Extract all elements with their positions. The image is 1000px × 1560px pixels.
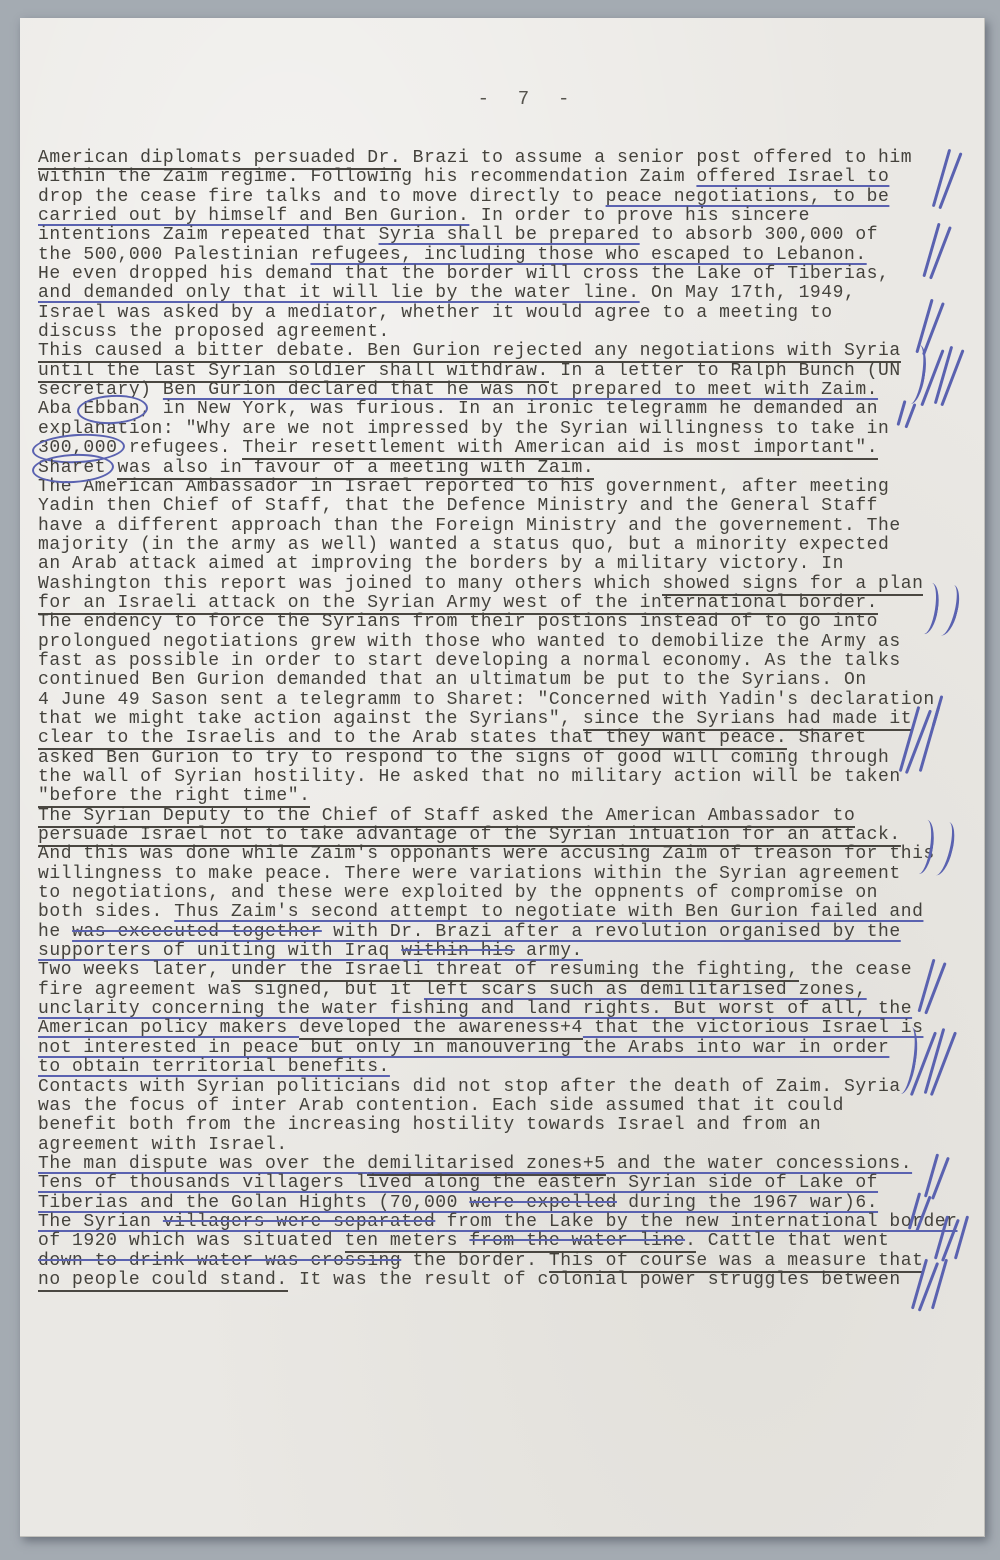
text-line: both sides. Thus Zaim's second attempt t… <box>38 903 977 922</box>
page-number: - 7 - <box>20 88 985 110</box>
text-segment: Yadin then Chief of Staff, that the Defe… <box>38 496 878 516</box>
text-line: continued Ben Gurion demanded that an ul… <box>38 671 977 690</box>
text-segment: was excecuted together <box>72 922 322 942</box>
text-segment: agreement with Israel. <box>38 1135 288 1155</box>
text-segment: In order to prove his sincere <box>469 206 810 226</box>
text-segment: majority (in the army as well) wanted a … <box>38 535 889 555</box>
text-line: supporters of uniting with Iraq within h… <box>38 942 977 961</box>
text-line: persuade Israel not to take advantage of… <box>38 826 977 845</box>
text-segment: Cattle that went <box>696 1231 889 1251</box>
text-line: to obtain territorial benefits. <box>38 1058 977 1077</box>
text-line: asked Ben Gurion to try to respond to th… <box>38 749 977 768</box>
text-line: And this was done while Zaim's opponants… <box>38 845 977 864</box>
text-line: drop the cease fire talks and to move di… <box>38 188 977 207</box>
text-line: prolongued negotiations grew with those … <box>38 633 977 652</box>
text-segment: Ben Gurion declared that he was not prep… <box>163 380 878 400</box>
text-segment: the cease <box>799 960 913 980</box>
text-segment: The American Ambassador in Israel report… <box>38 477 889 497</box>
text-segment: that we might take action against the Sy… <box>38 709 583 729</box>
text-line: not interested in peace but only in mano… <box>38 1039 977 1058</box>
text-segment: asked Ben Gurion to try to respond to th… <box>38 748 889 768</box>
text-segment: continued Ben Gurion demanded that an ul… <box>38 670 867 690</box>
text-segment: Aba <box>38 399 83 419</box>
text-segment: were expelled <box>469 1193 617 1213</box>
text-segment: willingness to make peace. There were va… <box>38 864 901 884</box>
text-line: intentions Zaim repeated that Syria shal… <box>38 226 977 245</box>
text-line: He even dropped his demand that the bord… <box>38 265 977 284</box>
text-segment: American policy makers <box>38 1018 299 1038</box>
text-segment: 4 June 49 Sason sent a telegramm to Shar… <box>38 690 935 710</box>
text-line: The American Ambassador in Israel report… <box>38 478 977 497</box>
text-line: have a different approach than the Forei… <box>38 517 977 536</box>
text-segment: secretary) <box>38 380 163 400</box>
text-segment: and the water concessions. <box>606 1154 913 1174</box>
text-line: "before the right time". <box>38 787 977 806</box>
text-segment: He even dropped his demand that the bord… <box>38 264 889 284</box>
text-segment: he <box>38 922 72 942</box>
text-segment: with Dr. Brazi <box>322 922 492 942</box>
text-line: Contacts with Syrian politicians did not… <box>38 1078 977 1097</box>
text-line: was the focus of inter Arab contention. … <box>38 1097 977 1116</box>
text-segment: both sides. <box>38 902 174 922</box>
text-segment: refugees, including those who escaped to… <box>310 245 866 265</box>
text-line: Washington this report was joined to man… <box>38 575 977 594</box>
text-line: unclarity concerning the water fishing a… <box>38 1000 977 1019</box>
text-segment: intentions Zaim repeated that <box>38 225 379 245</box>
text-line: secretary) Ben Gurion declared that he w… <box>38 381 977 400</box>
text-segment: offered Israel to <box>696 167 889 187</box>
text-segment: fast as possible in order to start devel… <box>38 651 901 671</box>
text-line: The endency to force the Syrians from th… <box>38 613 977 632</box>
text-line: no people could stand. It was the result… <box>38 1271 977 1290</box>
text-line: and demanded only that it will lie by th… <box>38 284 977 303</box>
text-segment: Syria shall be prepared <box>379 225 640 245</box>
text-segment: villagers were separated <box>163 1212 435 1232</box>
text-segment: explanation: "Why are we not impressed b… <box>38 419 889 439</box>
text-segment: carried out by himself and Ben Gurion. <box>38 206 469 226</box>
text-line: Tens of thousands villagers lived along … <box>38 1174 977 1193</box>
text-line: Tiberias and the Golan Hights (70,000 we… <box>38 1194 977 1213</box>
text-line: Sharet was also in favour of a meeting w… <box>38 459 977 478</box>
text-segment: . <box>685 1231 696 1253</box>
text-segment: to negotiations, and these were exploite… <box>38 883 878 903</box>
text-line: benefit both from the increasing hostili… <box>38 1116 977 1135</box>
text-segment: army. <box>515 941 583 961</box>
text-line: explanation: "Why are we not impressed b… <box>38 420 977 439</box>
document-page: - 7 - American diplomats persuaded Dr. B… <box>20 18 985 1537</box>
text-segment: after a revolution organised by the <box>492 922 901 942</box>
text-segment: not interested in peace but only in mano… <box>38 1038 889 1058</box>
text-segment: within the Zaim regime. Following his re… <box>38 167 696 187</box>
text-segment: Tens of thousands villagers lived along … <box>38 1173 878 1193</box>
text-line: 4 June 49 Sason sent a telegramm to Shar… <box>38 691 977 710</box>
text-segment: to absorb 300,000 of <box>640 225 878 245</box>
text-segment: In a letter to Ralph Bunch (UN <box>549 361 901 381</box>
text-line: down to drink water was crossing the bor… <box>38 1252 977 1271</box>
text-segment: supporters of uniting with Iraq <box>38 941 401 961</box>
text-segment: Two weeks later, <box>38 960 231 980</box>
text-segment: On May 17th, 1949, <box>640 283 856 303</box>
text-segment: Contacts with Syrian politicians did not… <box>38 1077 901 1097</box>
text-segment: Their resettlement with American aid is … <box>242 438 878 460</box>
text-segment: The endency to force the Syrians from th… <box>38 612 878 632</box>
text-line: to negotiations, and these were exploite… <box>38 884 977 903</box>
text-segment: The man dispute was over the <box>38 1154 367 1174</box>
text-segment: left scars such as demilitarised zones, <box>424 980 867 1000</box>
text-line: The Syrian Deputy to the Chief of Staff … <box>38 807 977 826</box>
text-line: until the last Syrian soldier shall with… <box>38 362 977 381</box>
text-segment: during the 1967 war)6. <box>617 1193 878 1213</box>
text-segment: was the focus of inter Arab contention. … <box>38 1096 844 1116</box>
text-segment: Sharet <box>787 728 866 748</box>
text-segment: have a different approach than the Forei… <box>38 516 901 536</box>
text-segment: discuss the proposed agreement. <box>38 322 390 342</box>
text-line: of 1920 which was situated ten meters fr… <box>38 1232 977 1251</box>
text-line: an Arab attack aimed at improving the bo… <box>38 555 977 574</box>
text-line: agreement with Israel. <box>38 1136 977 1155</box>
text-segment: to obtain territorial benefits. <box>38 1057 390 1077</box>
text-segment: fire agreement was signed, but it <box>38 980 424 1000</box>
text-line: majority (in the army as well) wanted a … <box>38 536 977 555</box>
text-segment: the 500,000 Palestinian <box>38 245 310 265</box>
text-segment: from the Lake by the new international b… <box>435 1212 957 1232</box>
text-segment: Washington this report was joined to man… <box>38 574 662 594</box>
text-block: American diplomats persuaded Dr. Brazi t… <box>38 149 977 1290</box>
text-line: Israel was asked by a mediator, whether … <box>38 304 977 323</box>
text-line: carried out by himself and Ben Gurion. I… <box>38 207 977 226</box>
text-segment: the wall of Syrian hostility. He asked t… <box>38 767 901 787</box>
text-line: American policy makers developed the awa… <box>38 1019 977 1038</box>
text-segment: Tiberias and the Golan Hights (70,000 <box>38 1193 469 1213</box>
text-line: Yadin then Chief of Staff, that the Defe… <box>38 497 977 516</box>
text-line: for an Israeli attack on the Syrian Army… <box>38 594 977 613</box>
text-line: the 500,000 Palestinian refugees, includ… <box>38 246 977 265</box>
pen-circle-annotation: Ebban <box>83 399 140 419</box>
text-line: The Syrian villagers were separated from… <box>38 1213 977 1232</box>
text-segment: Israel was asked by a mediator, whether … <box>38 303 833 323</box>
text-segment: unclarity concerning the water fishing a… <box>38 999 912 1019</box>
pen-circle-annotation: 300,000 <box>38 438 117 458</box>
text-segment <box>106 458 117 478</box>
text-segment: down to drink water was crossing <box>38 1251 401 1271</box>
text-line: Aba Ebban, in New York, was furious. In … <box>38 400 977 419</box>
text-segment: of 1920 which was situated <box>38 1231 345 1251</box>
text-line: fast as possible in order to start devel… <box>38 652 977 671</box>
text-segment: Brazi to assume a senior post offered to… <box>401 148 912 168</box>
text-segment: It was the result of colonial power stru… <box>288 1270 901 1290</box>
text-line: clear to the Israelis and to the Arab st… <box>38 729 977 748</box>
text-segment: The Syrian <box>38 1212 163 1232</box>
text-segment: and demanded only that it will lie by th… <box>38 283 640 303</box>
text-segment: And this was done while Zaim's opponants… <box>38 844 935 864</box>
text-segment: an Arab attack aimed at improving the bo… <box>38 554 844 574</box>
text-line: he was excecuted together with Dr. Brazi… <box>38 923 977 942</box>
text-line: fire agreement was signed, but it left s… <box>38 981 977 1000</box>
text-line: willingness to make peace. There were va… <box>38 865 977 884</box>
text-segment: peace negotiations, to be <box>606 187 890 207</box>
text-segment: that the victorious Israel is <box>583 1018 924 1038</box>
text-segment: benefit both from the increasing hostili… <box>38 1115 821 1135</box>
text-line: within the Zaim regime. Following his re… <box>38 168 977 187</box>
text-segment: , in New York, was furious. In an ironic… <box>140 399 878 419</box>
text-segment: within his <box>401 941 515 961</box>
pen-circle-annotation: Sharet <box>38 458 106 478</box>
text-segment: refugees. <box>117 438 242 458</box>
text-line: This caused a bitter debate. Ben Gurion … <box>38 342 977 361</box>
text-line: the wall of Syrian hostility. He asked t… <box>38 768 977 787</box>
text-line: Two weeks later, under the Israeli threa… <box>38 961 977 980</box>
text-line: American diplomats persuaded Dr. Brazi t… <box>38 149 977 168</box>
text-line: that we might take action against the Sy… <box>38 710 977 729</box>
text-line: discuss the proposed agreement. <box>38 323 977 342</box>
text-line: The man dispute was over the demilitaris… <box>38 1155 977 1174</box>
text-segment: prolongued negotiations grew with those … <box>38 632 901 652</box>
text-segment: no people could stand. <box>38 1270 288 1292</box>
text-segment: drop the cease fire talks and to move di… <box>38 187 606 207</box>
text-segment: the border. <box>401 1251 549 1271</box>
text-line: 300,000 refugees. Their resettlement wit… <box>38 439 977 458</box>
text-segment: Thus Zaim's second attempt to negotiate … <box>174 902 923 922</box>
